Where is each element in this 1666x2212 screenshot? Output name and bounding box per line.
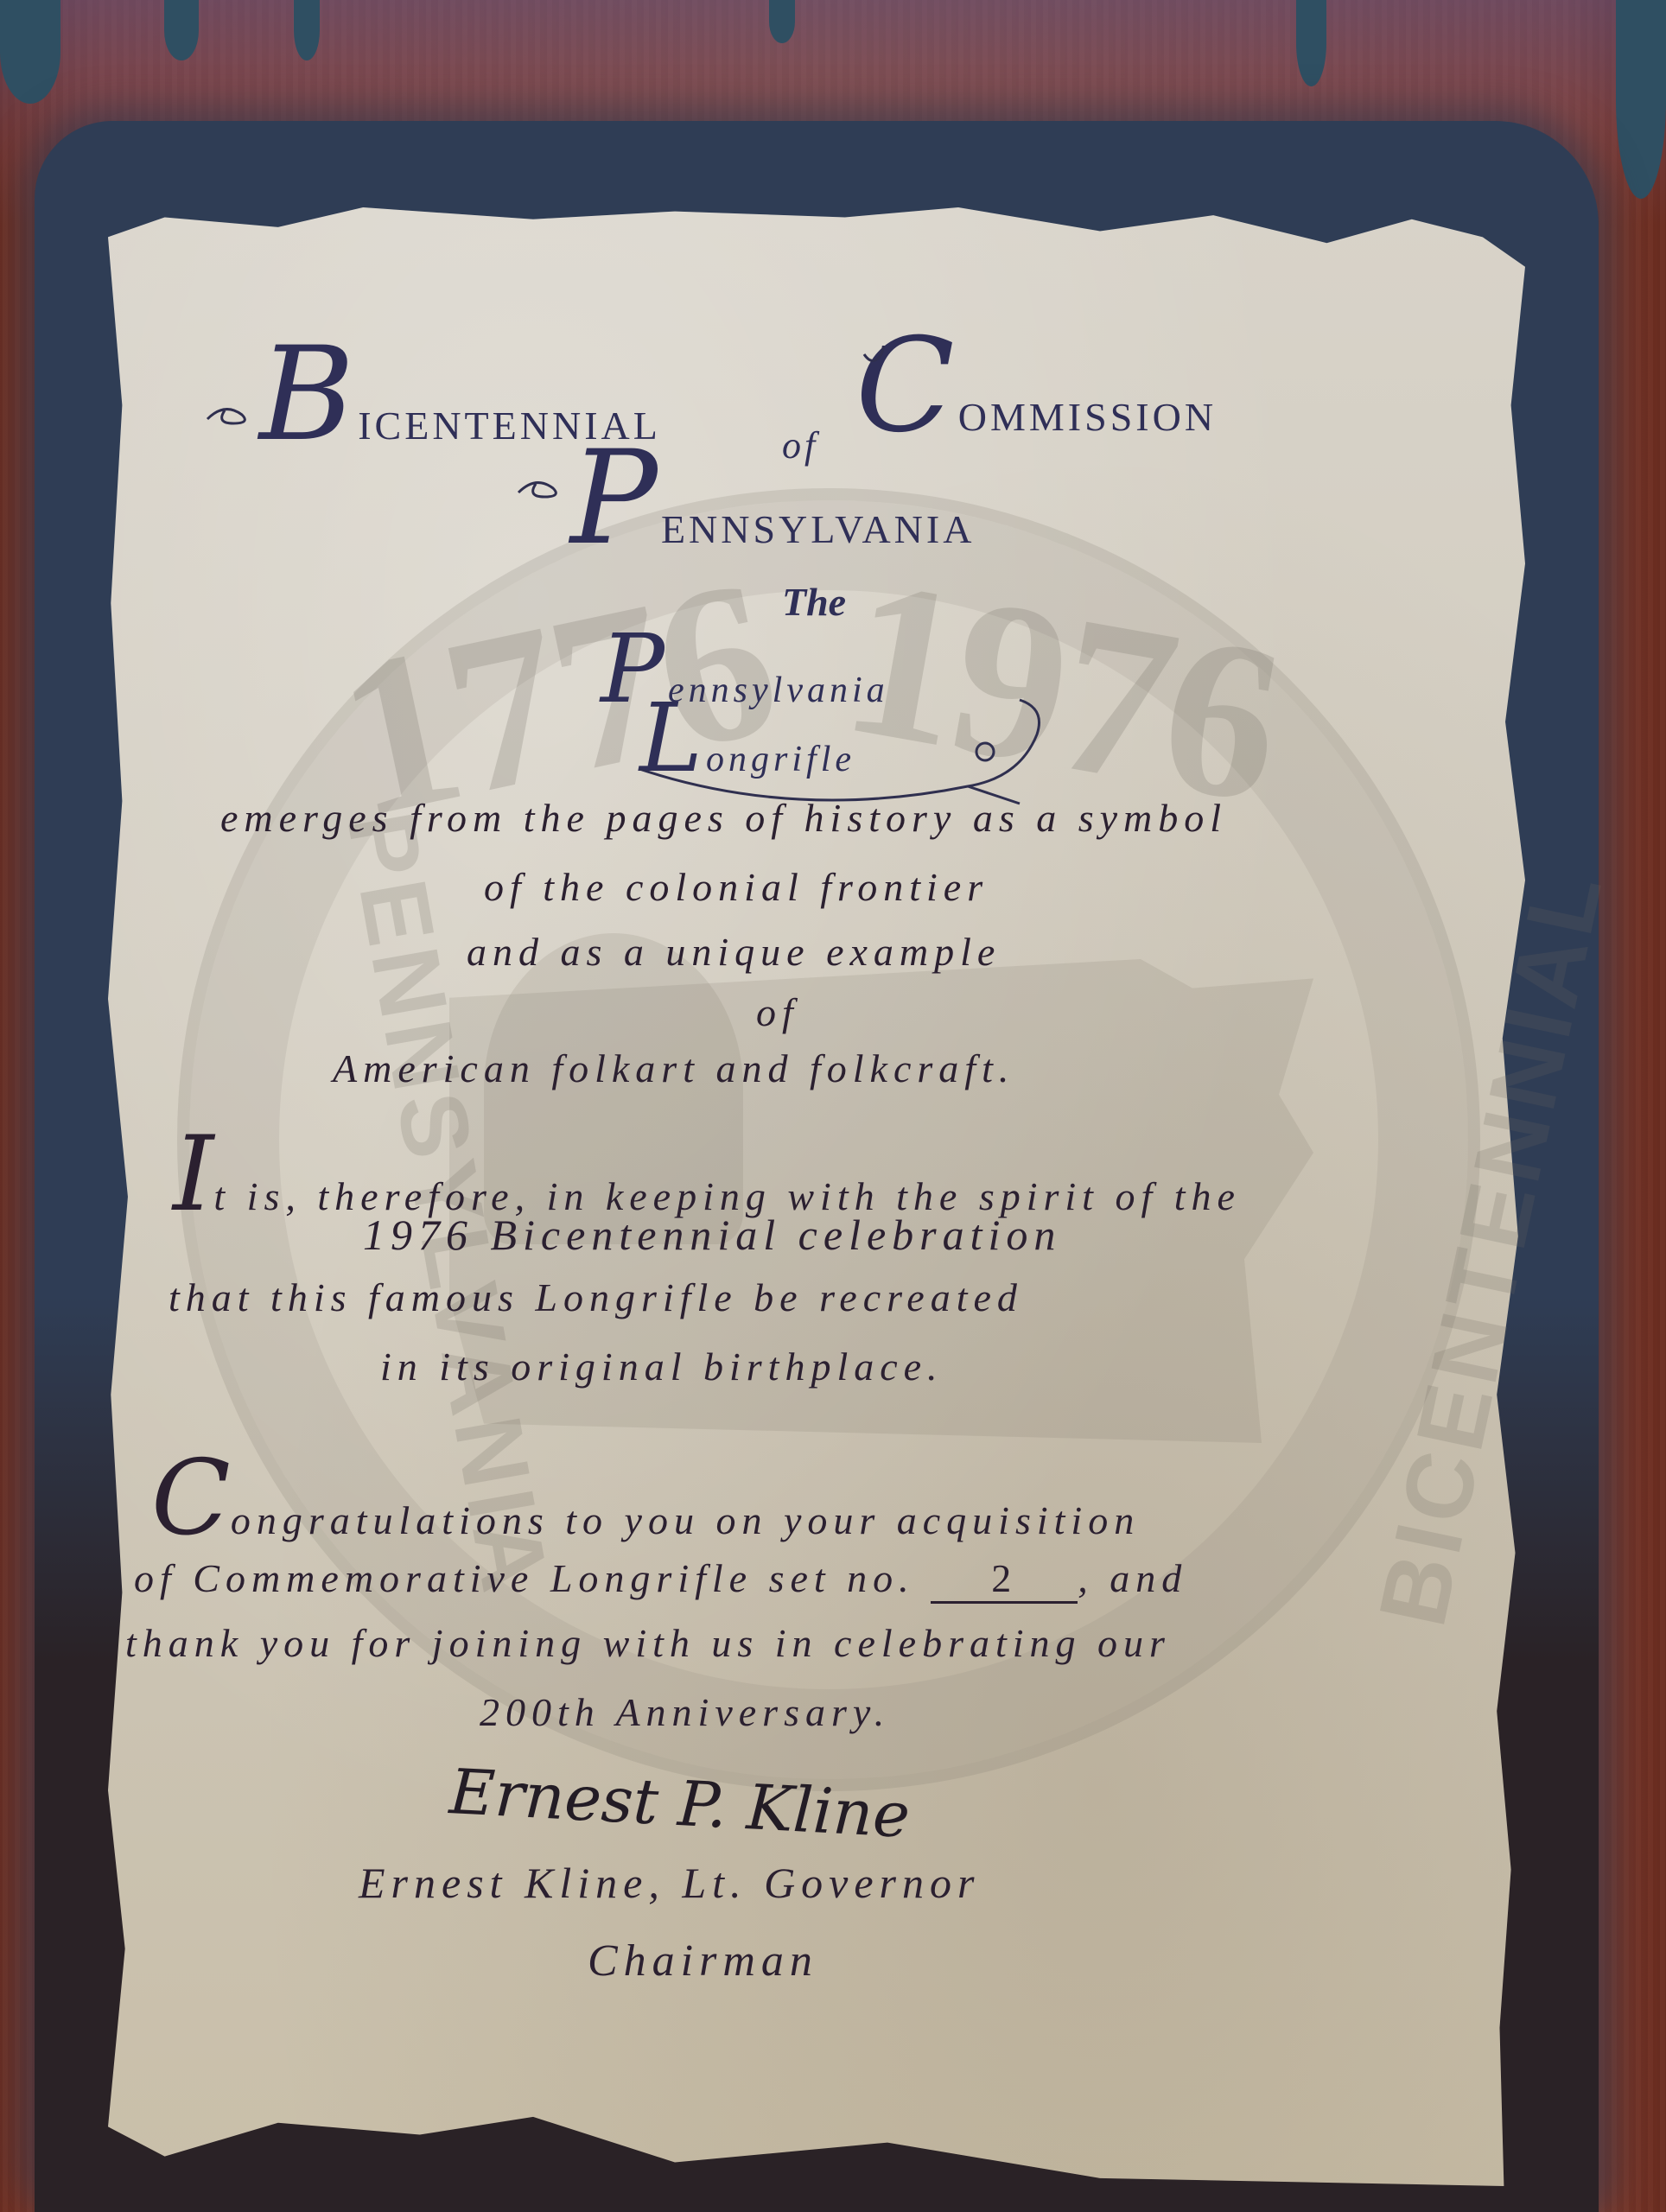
handwritten-signature: Ernest P. Kline xyxy=(448,1755,912,1852)
paragraph1-line5: American folkart and folkcraft. xyxy=(333,1046,1014,1091)
paragraph1-line2: of the colonial frontier xyxy=(484,864,989,910)
certificate-text: BICENTENNIAL COMMISSION of PENNSYLVANIA … xyxy=(0,0,1666,2212)
paragraph3-line1: Congratulations to you on your acquisiti… xyxy=(151,1439,1140,1559)
signatory-name: Ernest Kline, Lt. Governor xyxy=(359,1858,980,1908)
signatory-title: Chairman xyxy=(588,1935,818,1986)
paragraph3-line2-text: of Commemorative Longrifle set no. xyxy=(134,1556,915,1600)
subject-flourish-icon xyxy=(622,665,1071,812)
paragraph2-initial: I xyxy=(173,1115,213,1235)
paragraph2-line2: 1976 Bicentennial celebration xyxy=(363,1210,1061,1260)
header-flourishes-icon xyxy=(190,346,1486,570)
paragraph3-and: , and xyxy=(1078,1556,1187,1600)
paragraph3-line2: of Commemorative Longrifle set no. 2, an… xyxy=(134,1555,1187,1604)
paragraph1-line4: of xyxy=(756,989,799,1035)
paragraph2-line4: in its original birthplace. xyxy=(380,1344,944,1389)
paragraph3-line4: 200th Anniversary. xyxy=(480,1689,890,1735)
paragraph1-line3: and as a unique example xyxy=(467,929,1001,975)
paragraph3-initial: C xyxy=(151,1439,231,1559)
paragraph1-line1: emerges from the pages of history as a s… xyxy=(220,795,1227,841)
paragraph3-line3: thank you for joining with us in celebra… xyxy=(125,1620,1171,1666)
paragraph3-line1-text: ongratulations to you on your acquisitio… xyxy=(231,1498,1140,1542)
paragraph2-line3: that this famous Longrifle be recreated xyxy=(169,1274,1023,1320)
set-number-field: 2 xyxy=(931,1555,1078,1604)
